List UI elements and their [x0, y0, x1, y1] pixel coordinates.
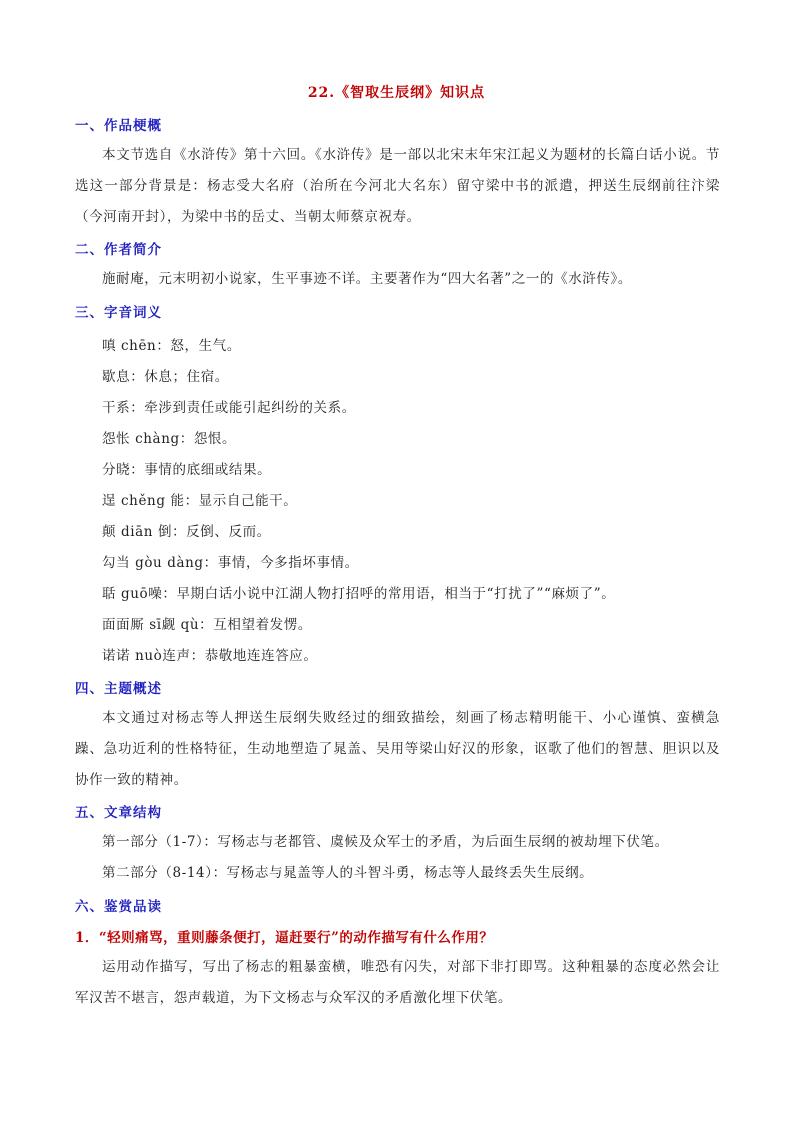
- vocab-item: 分晓：事情的底细或结果。: [102, 458, 271, 478]
- vocab-item: 勾当 gòu dàng：事情，今多指坏事情。: [102, 551, 359, 571]
- document-page: 22.《智取生辰纲》知识点 一、作品梗概 本文节选自《水浒传》第十六回。《水浒传…: [0, 0, 793, 1122]
- vocab-item: 颠 diān 倒：反倒、反而。: [102, 520, 271, 540]
- vocab-item: 诺诺 nuò连声：恭敬地连连答应。: [102, 644, 318, 664]
- theme-paragraph: 本文通过对杨志等人押送生辰纲失败经过的细致描绘，刻画了杨志精明能干、小心谨慎、蛮…: [75, 703, 720, 796]
- vocab-item: 怨怅 chàng：怨恨。: [102, 427, 236, 447]
- vocab-item: 面面厮 sī觑 qù：互相望着发愣。: [102, 613, 312, 633]
- section-heading-vocabulary: 三、字音词义: [75, 301, 162, 321]
- vocab-item: 聒 guō噪：早期白话小说中江湖人物打招呼的常用语，相当于“打扰了”“麻烦了”。: [102, 582, 615, 602]
- vocab-item: 嗔 chēn：怒，生气。: [102, 334, 241, 354]
- section-heading-summary: 一、作品梗概: [75, 114, 162, 134]
- vocab-item: 歇息：休息；住宿。: [102, 365, 229, 385]
- author-paragraph: 施耐庵，元末明初小说家，生平事迹不详。主要著作为“四大名著”之一的《水浒传》。: [75, 264, 720, 295]
- vocab-item: 干系：牵涉到责任或能引起纠纷的关系。: [102, 396, 356, 416]
- section-heading-appreciation: 六、鉴赏品读: [75, 895, 162, 915]
- section-heading-author: 二、作者简介: [75, 238, 162, 258]
- structure-part-2: 第二部分（8-14）：写杨志与晁盖等人的斗智斗勇，杨志等人最终丢失生辰纲。: [75, 858, 720, 889]
- answer-1: 运用动作描写，写出了杨志的粗暴蛮横，唯恐有闪失，对部下非打即骂。这种粗暴的态度必…: [75, 952, 720, 1014]
- section-heading-theme: 四、主题概述: [75, 677, 162, 697]
- page-title: 22.《智取生辰纲》知识点: [0, 82, 793, 102]
- structure-part-1: 第一部分（1-7）：写杨志与老都管、虞候及众军士的矛盾，为后面生辰纲的被劫埋下伏…: [75, 827, 720, 858]
- summary-paragraph: 本文节选自《水浒传》第十六回。《水浒传》是一部以北宋末年宋江起义为题材的长篇白话…: [75, 140, 720, 233]
- section-heading-structure: 五、文章结构: [75, 801, 162, 821]
- vocab-item: 逞 chěng 能：显示自己能干。: [102, 489, 297, 509]
- question-1: 1．“轻则痛骂，重则藤条便打，逼赶要行”的动作描写有什么作用？: [75, 926, 493, 946]
